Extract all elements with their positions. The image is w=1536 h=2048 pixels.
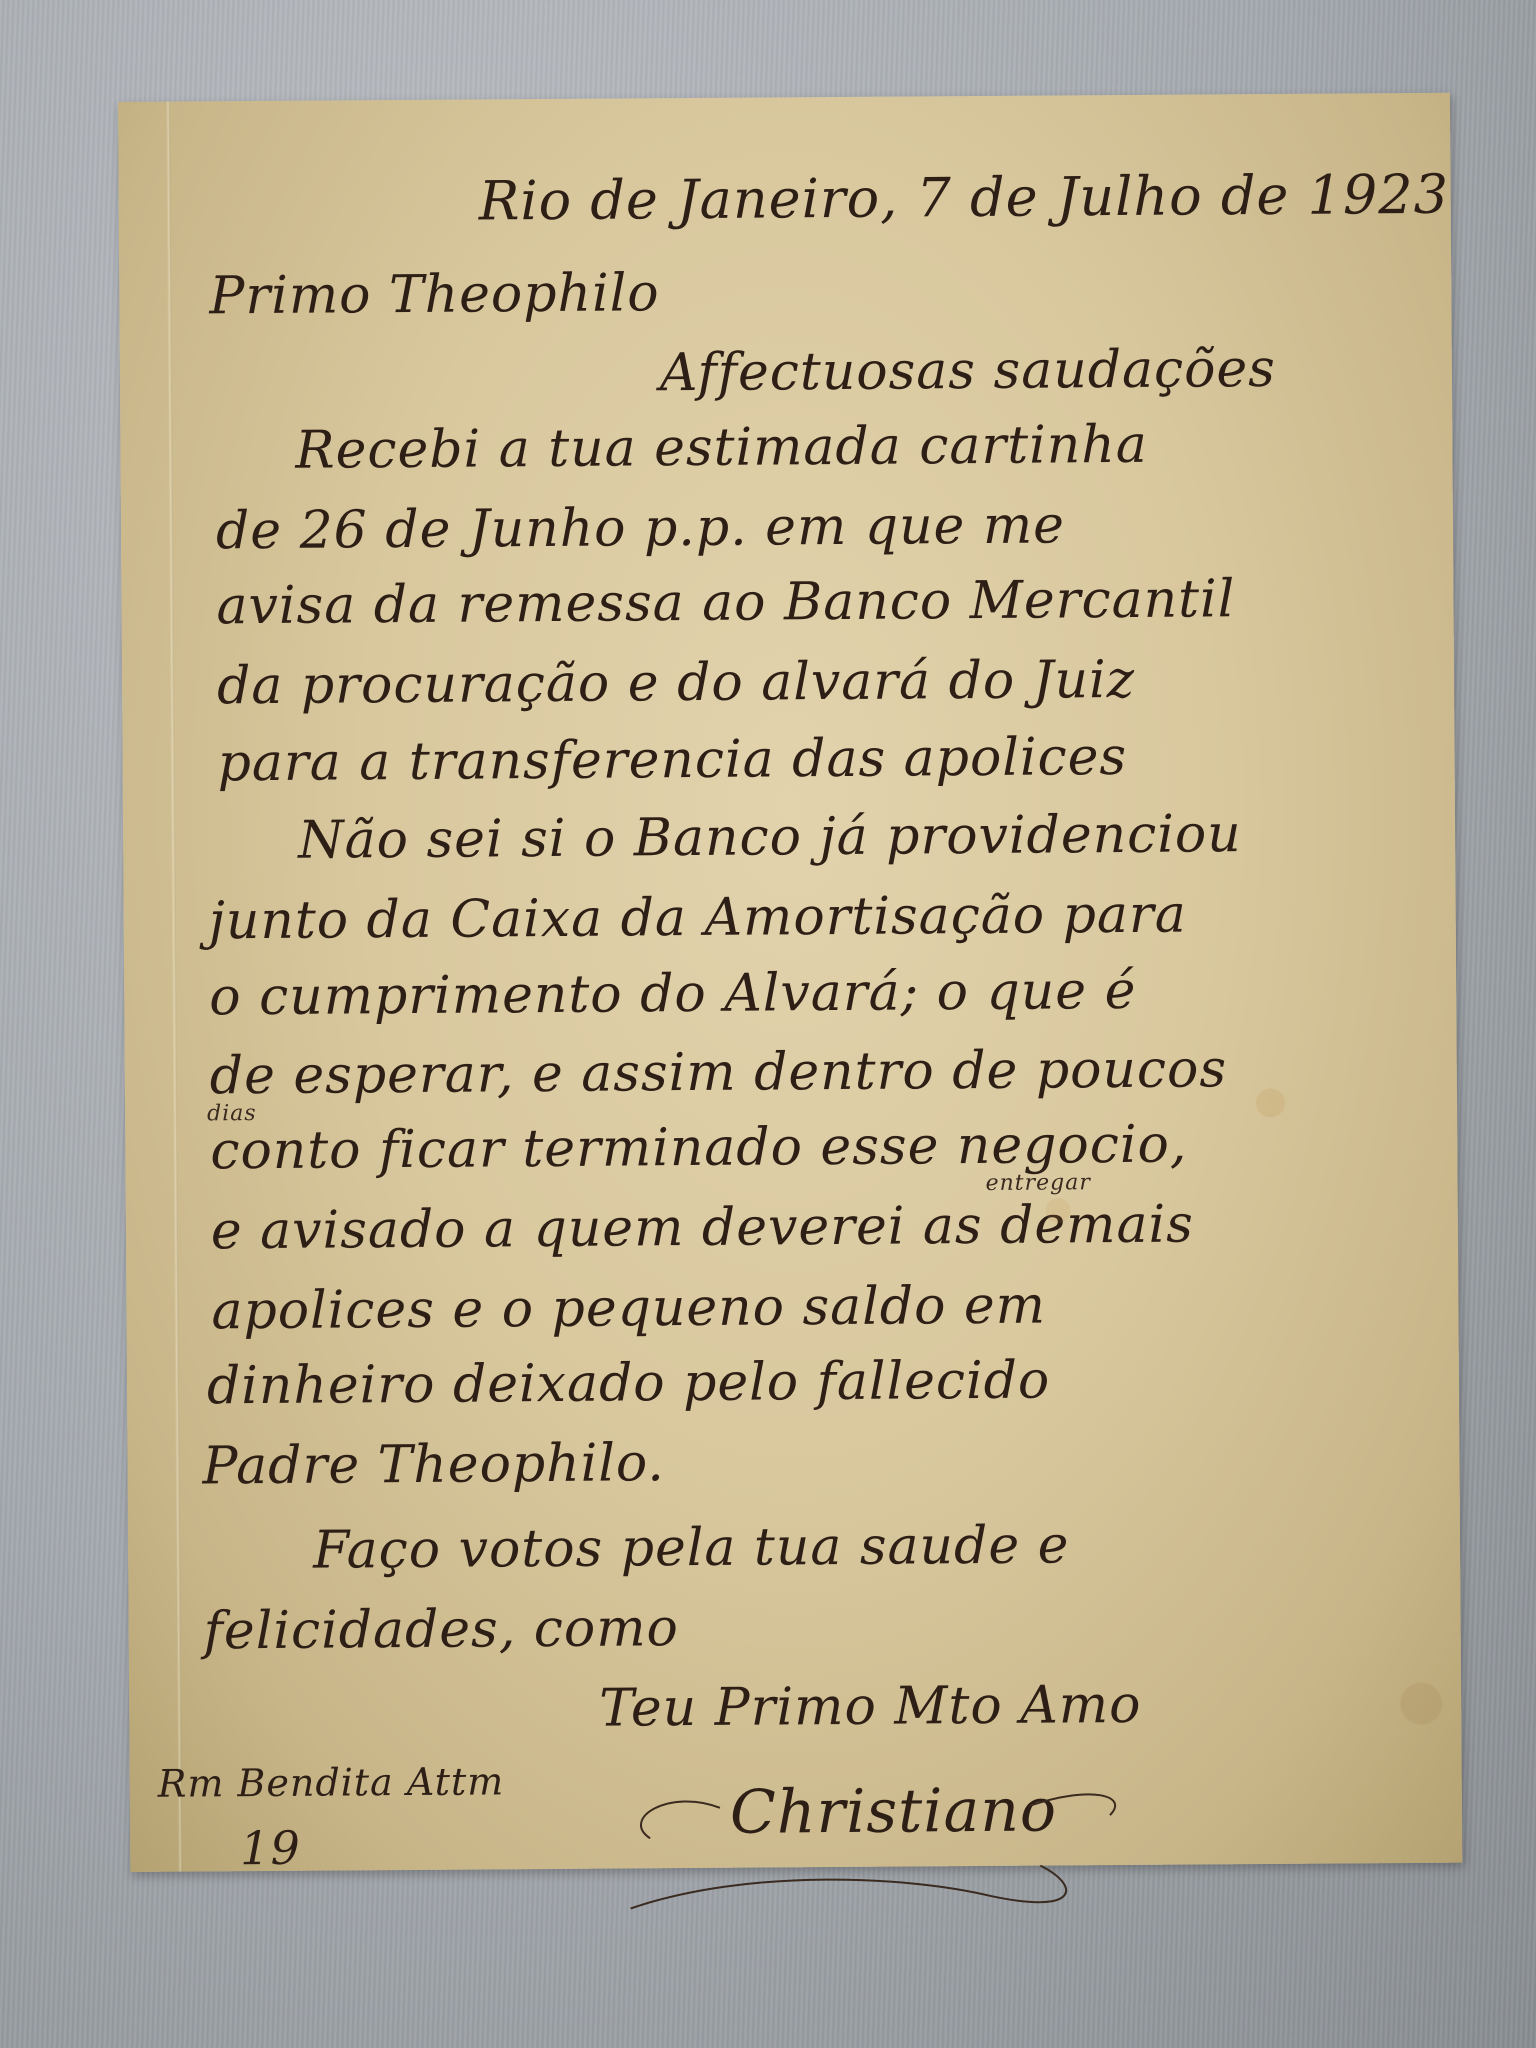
body-line-14: Padre Theophilo. xyxy=(202,1433,665,1496)
body-line-7: junto da Caixa da Amortisação para xyxy=(209,885,1188,952)
body-line-8: o cumprimento do Alvará; o que é xyxy=(209,961,1137,1027)
signoff: Teu Primo Mto Amo xyxy=(599,1675,1142,1739)
body-line-5: para a transferencia das apolices xyxy=(217,727,1127,793)
place-date: Rio de Janeiro, 7 de Julho de 1923 xyxy=(478,163,1449,233)
salutation: Primo Theophilo xyxy=(209,263,660,326)
body-line-11: e avisado a quem deverei as demais xyxy=(211,1195,1194,1262)
body-line-4: da procuração e do alvará do Juiz xyxy=(217,650,1135,716)
body-line-3: avisa da remessa ao Banco Mercantil xyxy=(216,569,1235,636)
closing-line-1: Faço votos pela tua saude e xyxy=(313,1515,1070,1580)
margin-note-line-1: Rm Bendita Attm xyxy=(158,1759,505,1805)
body-line-2: de 26 de Junho p.p. em que me xyxy=(216,495,1065,561)
margin-note-line-2: 19 xyxy=(240,1821,301,1875)
closing-line-2: felicidades, como xyxy=(203,1598,679,1661)
insertion-entregar: entregar xyxy=(985,1170,1090,1196)
body-line-1: Recebi a tua estimada cartinha xyxy=(295,415,1148,481)
body-line-13: dinheiro deixado pelo fallecido xyxy=(207,1351,1051,1417)
body-line-6: Não sei si o Banco já providenciou xyxy=(298,804,1242,871)
body-line-12: apolices e o pequeno saldo em xyxy=(211,1276,1046,1342)
signature-flourish xyxy=(610,1745,1171,1919)
body-line-9: de esperar, e assim dentro de poucos xyxy=(210,1039,1228,1106)
greeting: Affectuosas saudações xyxy=(660,339,1276,403)
letter-paper: Rio de Janeiro, 7 de Julho de 1923 Primo… xyxy=(118,93,1462,1872)
